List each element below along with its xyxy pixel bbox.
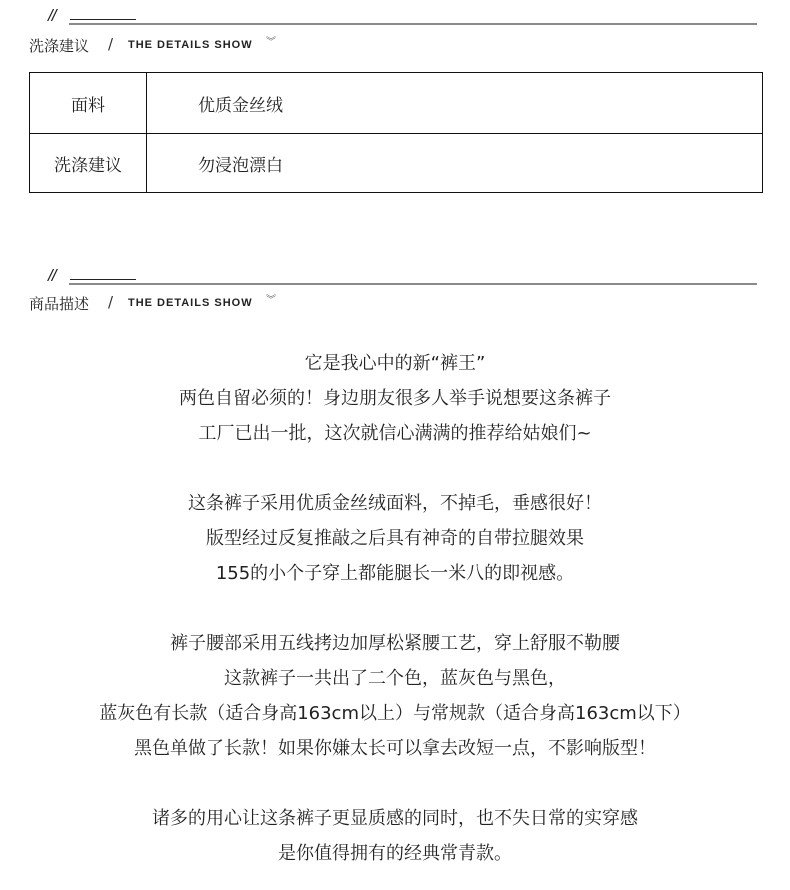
description-line: 裤子腰部采用五线拷边加厚松紧腰工艺，穿上舒服不勒腰 [0,626,790,661]
product-description: 它是我心中的新“裤王” 两色自留必须的！身边朋友很多人举手说想要这条裤子 工厂已… [0,346,790,871]
row-label: 面料 [30,73,147,134]
care-table: 面料 优质金丝绒 洗涤建议 勿浸泡漂白 [29,72,763,193]
description-line: 是你值得拥有的经典常青款。 [0,836,790,871]
table-row: 洗涤建议 勿浸泡漂白 [30,134,763,193]
description-line: 诸多的用心让这条裤子更显质感的同时，也不失日常的实穿感 [0,801,790,836]
description-line: 两色自留必须的！身边朋友很多人举手说想要这条裤子 [0,381,790,416]
long-divider [69,23,757,25]
section-subtitle: THE DETAILS SHOW [128,297,253,309]
row-value: 优质金丝绒 [147,73,763,134]
description-line: 它是我心中的新“裤王” [0,346,790,381]
section-title: 商品描述 [29,293,89,314]
short-divider [70,19,136,20]
long-divider [69,283,757,285]
section-subtitle: THE DETAILS SHOW [128,39,253,51]
double-chevron-down-icon: ︾ [266,40,276,45]
paragraph: 裤子腰部采用五线拷边加厚松紧腰工艺，穿上舒服不勒腰 这款裤子一共出了二个色，蓝灰… [0,626,790,766]
title-separator: / [108,293,113,311]
description-line: 这条裤子采用优质金丝绒面料，不掉毛，垂感很好！ [0,486,790,521]
row-value: 勿浸泡漂白 [147,134,763,193]
description-line: 蓝灰色有长款（适合身高163cm以上）与常规款（适合身高163cm以下） [0,696,790,731]
paragraph: 这条裤子采用优质金丝绒面料，不掉毛，垂感很好！ 版型经过反复推敲之后具有神奇的自… [0,486,790,591]
table-row: 面料 优质金丝绒 [30,73,763,134]
decorative-slashes: // [48,6,55,26]
decorative-slashes: // [48,266,55,286]
paragraph: 它是我心中的新“裤王” 两色自留必须的！身边朋友很多人举手说想要这条裤子 工厂已… [0,346,790,451]
row-label: 洗涤建议 [30,134,147,193]
paragraph: 诸多的用心让这条裤子更显质感的同时，也不失日常的实穿感 是你值得拥有的经典常青款… [0,801,790,871]
description-line: 工厂已出一批，这次就信心满满的推荐给姑娘们~ [0,416,790,451]
section-header-care: // 洗涤建议 / THE DETAILS SHOW ︾ [0,0,790,60]
description-line: 黑色单做了长款！如果你嫌太长可以拿去改短一点，不影响版型！ [0,731,790,766]
short-divider [70,279,136,280]
section-header-description: // 商品描述 / THE DETAILS SHOW ︾ [0,260,790,320]
description-line: 版型经过反复推敲之后具有神奇的自带拉腿效果 [0,521,790,556]
description-line: 这款裤子一共出了二个色，蓝灰色与黑色， [0,661,790,696]
double-chevron-down-icon: ︾ [266,298,276,303]
section-title: 洗涤建议 [29,35,89,56]
title-separator: / [108,35,113,53]
description-line: 155的小个子穿上都能腿长一米八的即视感。 [0,556,790,591]
